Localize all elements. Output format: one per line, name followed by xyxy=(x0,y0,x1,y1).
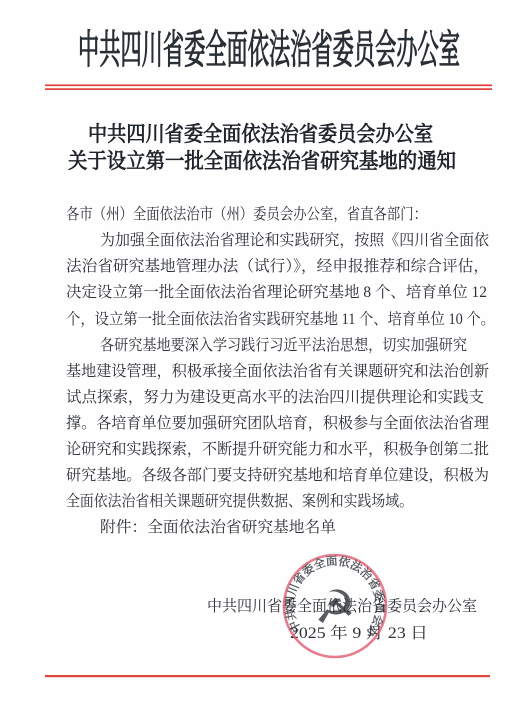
signature-date: 2025 年 9 月 23 日 xyxy=(290,623,428,642)
official-seal: 中共四川省委全面依法治省委员会办公室 ☭ xyxy=(0,0,387,657)
attachment-line: 附件：全面依法治省研究基地名单 xyxy=(100,517,336,536)
body-line: 试点探索，努力为建设更高水平的法治四川提供理论和实践支 xyxy=(66,387,484,406)
footer-rule xyxy=(45,675,490,677)
document-canvas: 中共四川省委全面依法治省委员会办公室 中共四川省委全面依法治省委员会办公室 关于… xyxy=(0,0,515,701)
body-line: 研究基地。各级各部门要支持研究基地和培育单位建设，积极为 xyxy=(66,465,489,484)
letterhead-double-rule xyxy=(45,85,492,90)
document-title-line1: 中共四川省委全面依法治省委员会办公室 xyxy=(88,122,433,146)
hammer-and-sickle-icon: ☭ xyxy=(314,580,355,634)
body-line: 法治省研究基地管理办法（试行）》，经申报推荐和综合评估， xyxy=(66,256,489,275)
body-line: 撑。各培育单位要加强研究团队培育，积极参与全面依法治省理 xyxy=(66,413,489,432)
body-line: 为加强全面依法治省理论和实践研究，按照《四川省全面依 xyxy=(100,231,489,249)
letterhead-title: 中共四川省委全面依法治省委员会办公室 xyxy=(78,27,460,72)
document-title-line2: 关于设立第一批全面依法治省研究基地的通知 xyxy=(68,149,456,173)
salutation-line: 各市（州）全面依法治市（州）委员会办公室，省直各部门： xyxy=(66,205,427,223)
body-line: 全面依法治省相关课题研究提供数据、案例和实践场域。 xyxy=(66,491,413,510)
rule-bottom xyxy=(45,88,492,90)
body-line: 论研究和实践探索，不断提升研究能力和水平，积极争创第二批 xyxy=(66,439,489,458)
body-line: 各研究基地要深入学习践行习近平法治思想，切实加强研究 xyxy=(100,335,467,354)
body-line: 基地建设管理，积极承接全面依法治省有关课题研究和法治创新 xyxy=(66,361,489,380)
body-line: 个，设立第一批全面依法治省实践研究基地 11 个、培育单位 10 个。 xyxy=(66,309,495,328)
body-line: 决定设立第一批全面依法治省理论研究基地 8 个、培育单位 12 xyxy=(66,282,487,301)
scanned-official-document: 中共四川省委全面依法治省委员会办公室 中共四川省委全面依法治省委员会办公室 关于… xyxy=(0,0,515,701)
rule-top xyxy=(45,85,492,87)
